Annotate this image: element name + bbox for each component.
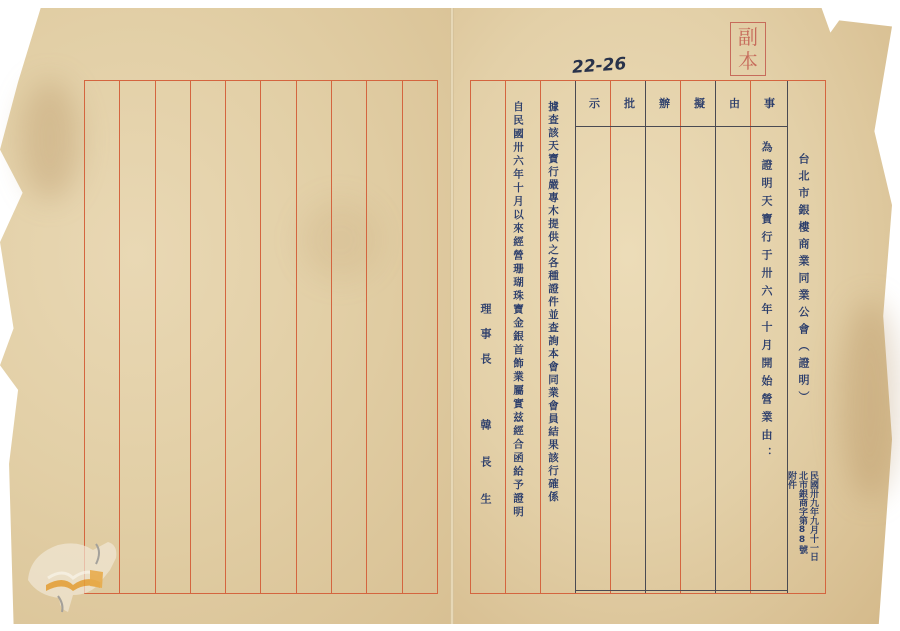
table-line (645, 81, 646, 593)
doc-number: 北市銀商字第88號 (796, 471, 807, 554)
header-you: 由 (717, 95, 752, 111)
table-header-rule (575, 126, 787, 127)
table-line (575, 81, 576, 593)
left-ruled-grid (84, 80, 438, 594)
ruled-column (226, 81, 261, 593)
ruled-column (191, 81, 226, 593)
ruled-column (120, 81, 155, 593)
attachment-label: 附件 (785, 471, 796, 489)
subject-text: 為證明天寶行于卅六年十月開始營業由： (758, 141, 774, 465)
body-line-2: 自民國卅六年十月以來經營珊瑚珠寶金銀首飾業屬實兹經合函給予證明 (511, 101, 526, 520)
header-ni: 擬 (682, 95, 717, 111)
copy-stamp: 副 本 (730, 22, 766, 76)
ruling-line (750, 81, 751, 593)
issuer-name: 台北市銀樓商業同業公會（證明） (795, 153, 811, 408)
ruled-column (156, 81, 191, 593)
official-form: 事 由 擬 辦 批 示 台北市銀樓商業同業公會（證明） 民國卅九年九月十一日 北… (470, 80, 826, 594)
table-line (715, 81, 716, 593)
ruled-column (332, 81, 367, 593)
header-pi: 批 (612, 95, 647, 111)
ruling-line (610, 81, 611, 593)
header-shi2: 示 (577, 95, 612, 111)
ruled-column (85, 81, 120, 593)
water-stain (840, 300, 900, 500)
ruled-column (261, 81, 296, 593)
table-line (787, 81, 788, 593)
water-stain (20, 80, 80, 200)
stamp-char: 本 (738, 49, 758, 73)
signature-title: 理事長 (477, 303, 493, 378)
ruling-line (680, 81, 681, 593)
stamp-char: 副 (738, 25, 758, 49)
header-shi: 事 (752, 95, 787, 111)
table-bottom-rule (575, 590, 787, 591)
ruled-column (297, 81, 332, 593)
ruling-line (540, 81, 541, 593)
header-ban: 辦 (647, 95, 682, 111)
ruled-column (403, 81, 437, 593)
date-line: 民國卅九年九月十一日 (807, 471, 818, 561)
archive-logo-icon (18, 530, 128, 620)
ruling-line (505, 81, 506, 593)
handwritten-archive-number: 22-26 (571, 54, 627, 78)
signature-name: 韓長生 (477, 419, 493, 530)
ruled-column (367, 81, 402, 593)
page-fold (450, 8, 454, 624)
body-line-1: 據查該天寶行嚴專木提供之各種證件並查詢本會同業會員結果該行確係 (546, 101, 561, 504)
archival-document-scan: 事 由 擬 辦 批 示 台北市銀樓商業同業公會（證明） 民國卅九年九月十一日 北… (0, 0, 900, 631)
